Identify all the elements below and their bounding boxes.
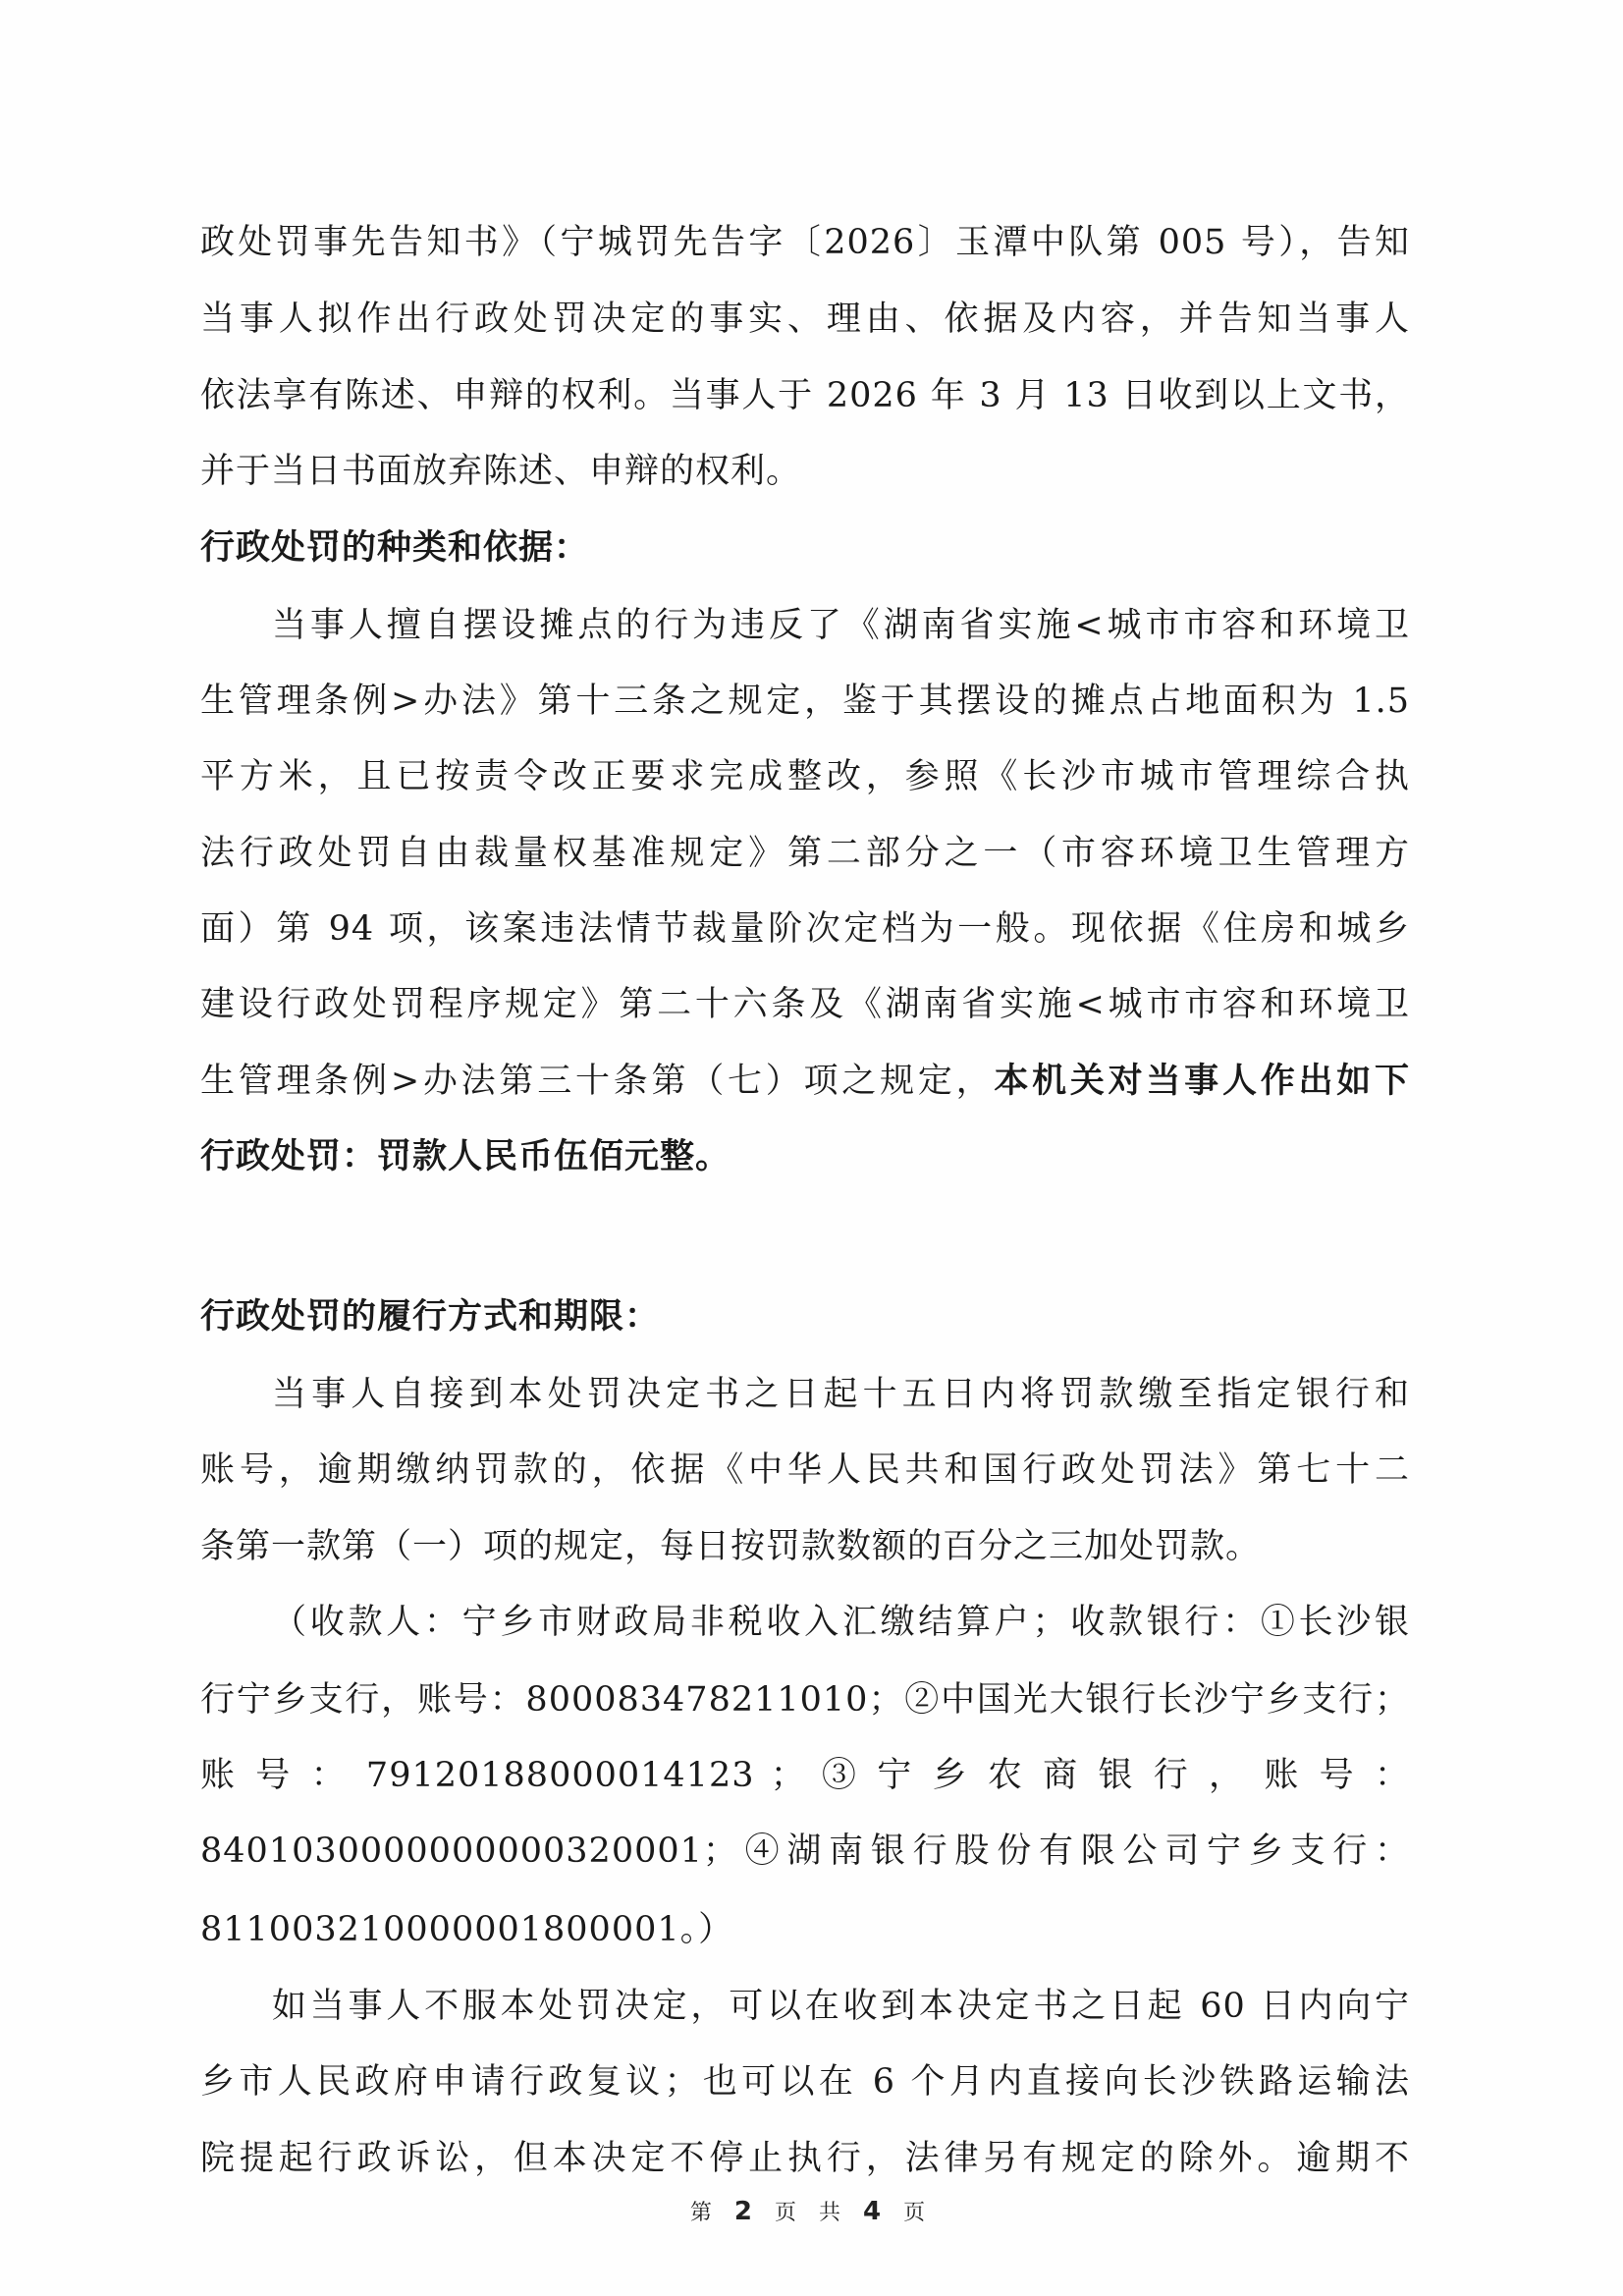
body-line: 生管理条例>办法》第十三条之规定，鉴于其摆设的摊点占地面积为 1.5 (200, 679, 1410, 724)
document-page: 政处罚事先告知书》（宁城罚先告字〔2026〕玉潭中队第 005 号），告知 当事… (0, 0, 1623, 2296)
payment-info-line: 811003210000001800001。） (200, 1907, 1410, 1952)
body-line-mixed: 生管理条例>办法第三十条第（七）项之规定，本机关对当事人作出如下 (200, 1059, 1410, 1104)
account-number-1: 800083478211010 (525, 1680, 868, 1720)
page-number-footer: 第 2 页 共 4 页 (0, 2196, 1623, 2226)
appeal-line: 乡市人民政府申请行政复议；也可以在 6 个月内直接向长沙铁路运输法 (200, 2059, 1410, 2105)
section-heading-penalty-type: 行政处罚的种类和依据： (200, 525, 1410, 571)
account-number-3: 8401030000000000320001 (200, 1831, 703, 1871)
payment-info-line: 8401030000000000320001；④湖南银行股份有限公司宁乡支行： (200, 1829, 1410, 1874)
footer-prefix: 第 (690, 2201, 720, 2225)
payment-info-line: 账 号 ： 79120188000014123 ； ③ 宁 乡 农 商 银 行 … (200, 1753, 1410, 1798)
body-line: 政处罚事先告知书》（宁城罚先告字〔2026〕玉潭中队第 005 号），告知 (200, 220, 1410, 265)
body-line: 当事人自接到本处罚决定书之日起十五日内将罚款缴至指定银行和 (272, 1372, 1410, 1417)
body-line: 条第一款第（一）项的规定，每日按罚款数额的百分之三加处罚款。 (200, 1524, 1410, 1569)
penalty-decision-text: 本机关对当事人作出如下 (994, 1062, 1410, 1101)
body-line: 依法享有陈述、申辩的权利。当事人于 2026 年 3 月 13 日收到以上文书， (200, 373, 1410, 418)
body-text: 生管理条例>办法第三十条第（七）项之规定， (200, 1062, 994, 1101)
body-line: 法行政处罚自由裁量权基准规定》第二部分之一（市容环境卫生管理方 (200, 831, 1410, 876)
body-line: 建设行政处罚程序规定》第二十六条及《湖南省实施<城市市容和环境卫 (200, 982, 1410, 1027)
body-line: 并于当日书面放弃陈述、申辩的权利。 (200, 449, 1410, 494)
body-line: 平方米，且已按责令改正要求完成整改，参照《长沙市城市管理综合执 (200, 754, 1410, 799)
section-heading-execution: 行政处罚的履行方式和期限： (200, 1294, 1410, 1339)
payment-info-line: 行宁乡支行，账号：800083478211010；②中国光大银行长沙宁乡支行； (200, 1677, 1410, 1722)
payment-info-line: （收款人：宁乡市财政局非税收入汇缴结算户；收款银行：①长沙银 (272, 1600, 1410, 1645)
body-line: 账号，逾期缴纳罚款的，依据《中华人民共和国行政处罚法》第七十二 (200, 1448, 1410, 1493)
penalty-amount-line: 行政处罚：罚款人民币伍佰元整。 (200, 1134, 1410, 1179)
appeal-line: 如当事人不服本处罚决定，可以在收到本决定书之日起 60 日内向宁 (272, 1984, 1410, 2029)
body-line: 当事人拟作出行政处罚决定的事实、理由、依据及内容，并告知当事人 (200, 297, 1410, 342)
body-line: 当事人擅自摆设摊点的行为违反了《湖南省实施<城市市容和环境卫 (272, 603, 1410, 648)
appeal-line: 院提起行政诉讼，但本决定不停止执行，法律另有规定的除外。逾期不 (200, 2136, 1410, 2181)
total-pages: 4 (863, 2197, 889, 2226)
account-number-4: 811003210000001800001 (200, 1910, 680, 1949)
account-number-2: 79120188000014123 (366, 1756, 755, 1795)
footer-middle: 页 共 (775, 2201, 848, 2225)
current-page: 2 (734, 2197, 760, 2226)
body-line: 面）第 94 项，该案违法情节裁量阶次定档为一般。现依据《住房和城乡 (200, 906, 1410, 952)
footer-suffix: 页 (903, 2201, 933, 2225)
